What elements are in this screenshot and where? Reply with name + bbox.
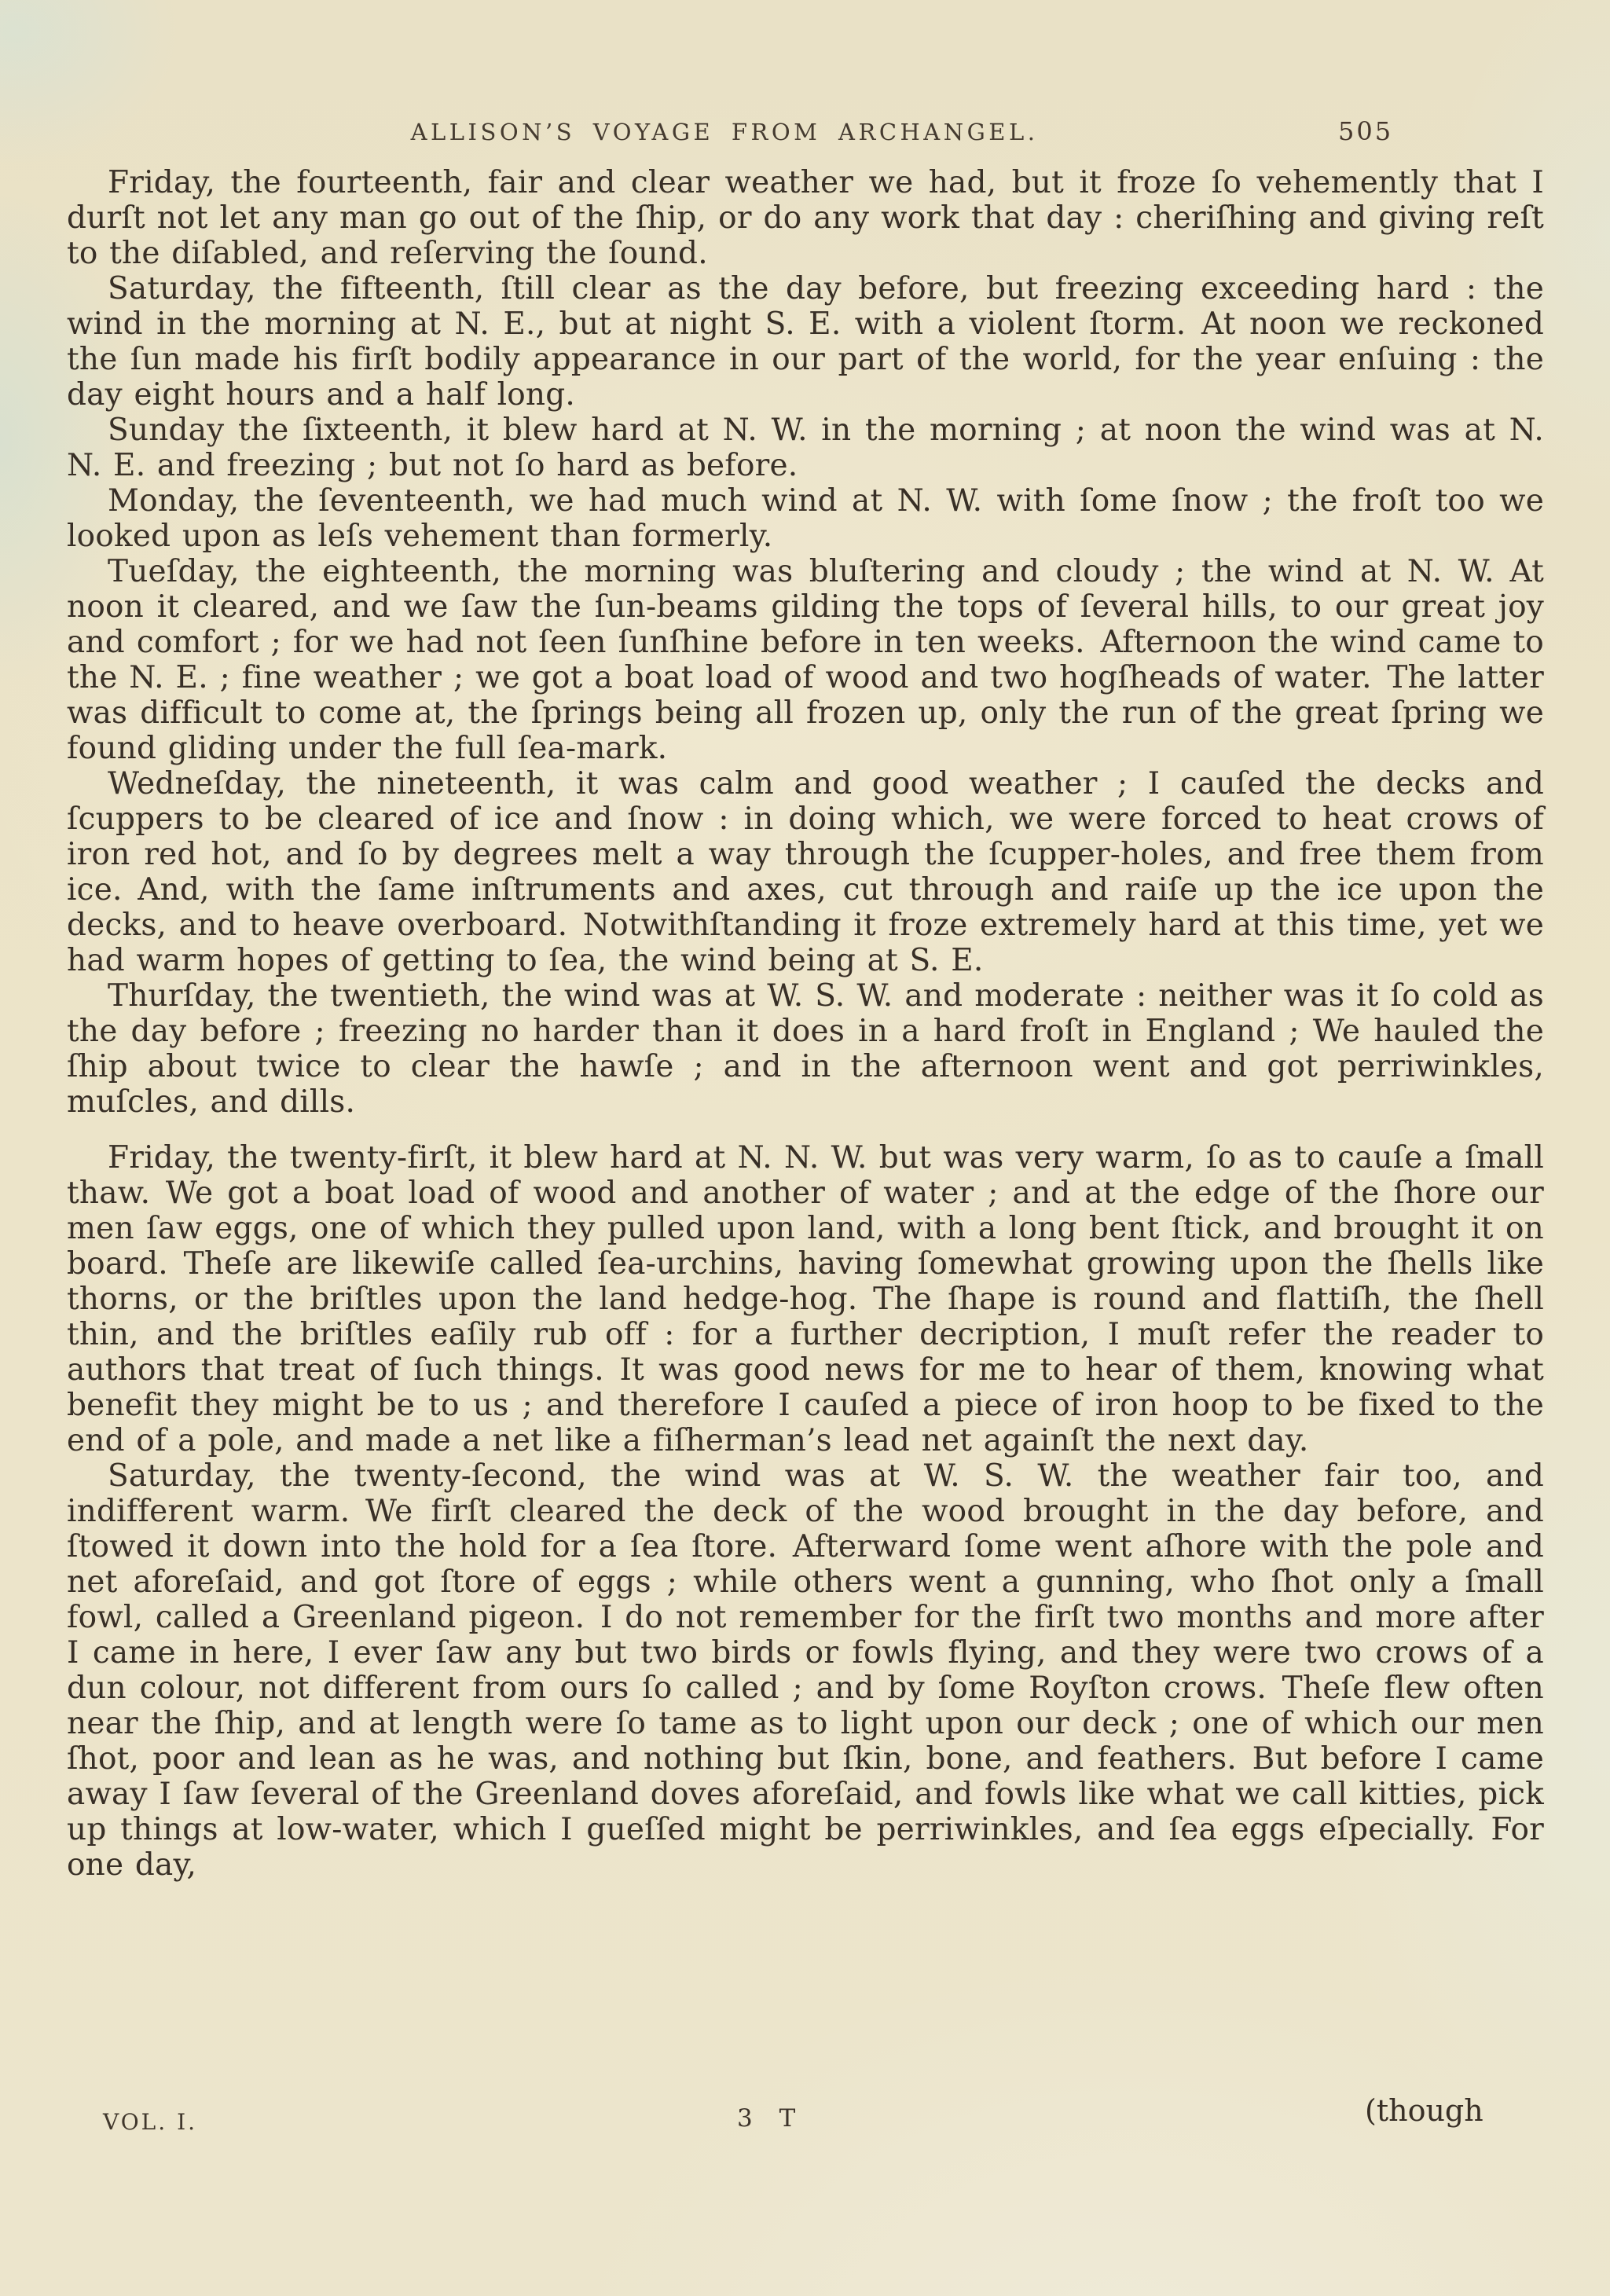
catchword: (though bbox=[1365, 2093, 1483, 2128]
signature-mark: 3 T bbox=[737, 2104, 805, 2133]
page-header: ALLISON’S VOYAGE FROM ARCHANGEL. 505 bbox=[67, 116, 1544, 151]
running-title: ALLISON’S VOYAGE FROM ARCHANGEL. bbox=[67, 119, 1382, 145]
page-number: 505 bbox=[1338, 116, 1393, 146]
paragraph-sunday-sixteenth: Sunday the ſixteenth, it blew hard at N.… bbox=[67, 413, 1544, 483]
book-page: ALLISON’S VOYAGE FROM ARCHANGEL. 505 Fri… bbox=[0, 0, 1610, 2296]
volume-label: VOL. I. bbox=[103, 2109, 197, 2135]
page-body: Friday, the fourteenth, fair and clear w… bbox=[67, 165, 1544, 1883]
paragraph-friday-fourteenth: Friday, the fourteenth, fair and clear w… bbox=[67, 165, 1544, 271]
paragraph-friday-twenty-first: Friday, the twenty-firſt, it blew hard a… bbox=[67, 1140, 1544, 1458]
paragraph-thursday-twentieth: Thurſday, the twentieth, the wind was at… bbox=[67, 978, 1544, 1120]
paragraph-wednesday-nineteenth: Wedneſday, the nineteenth, it was calm a… bbox=[67, 766, 1544, 978]
paragraph-saturday-fifteenth: Saturday, the fifteenth, ſtill clear as … bbox=[67, 271, 1544, 413]
paragraph-monday-seventeenth: Monday, the ſeventeenth, we had much win… bbox=[67, 483, 1544, 554]
paragraph-saturday-twenty-second: Saturday, the twenty-ſecond, the wind wa… bbox=[67, 1458, 1544, 1883]
paragraph-tuesday-eighteenth: Tueſday, the eighteenth, the morning was… bbox=[67, 554, 1544, 766]
